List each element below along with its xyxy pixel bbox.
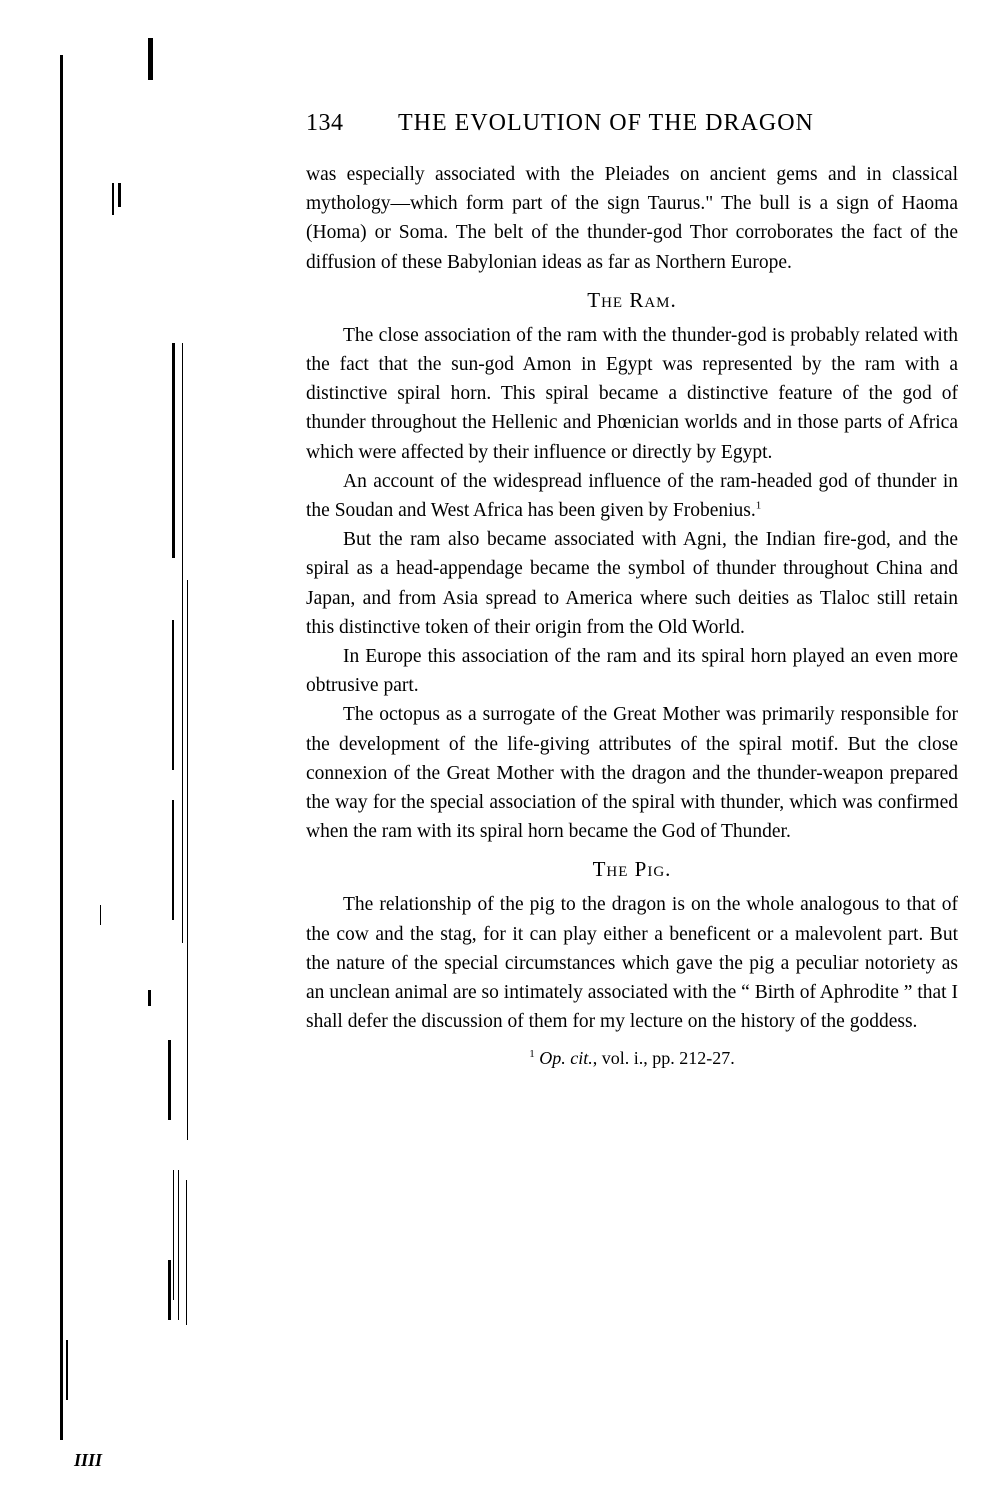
paragraph: In Europe this association of the ram an…: [306, 642, 958, 700]
scan-margin-line: [178, 1170, 179, 1320]
paragraph: The octopus as a surrogate of the Great …: [306, 700, 958, 846]
scan-margin-line: [168, 1040, 171, 1120]
scan-margin-line: [118, 183, 121, 207]
scan-margin-line: [182, 343, 183, 943]
footnote-text: , vol. i., pp. 212-27.: [593, 1048, 735, 1068]
paragraph-with-footnote: An account of the widespread influence o…: [306, 467, 958, 525]
page-body: was especially associated with the Pleia…: [306, 160, 958, 1074]
scan-margin-line: [66, 1340, 68, 1400]
paragraph-text: An account of the widespread influence o…: [306, 471, 958, 521]
scan-margin-line: [60, 55, 63, 1440]
scan-margin-line: [173, 1170, 174, 1300]
scan-margin-line: [172, 343, 175, 558]
intro-paragraph: was especially associated with the Pleia…: [306, 160, 958, 277]
scanned-book-page: IIII 134 THE EVOLUTION OF THE DRAGON was…: [0, 0, 990, 1492]
footnote-citation: Op. cit.: [539, 1048, 593, 1068]
footnote-marker: 1: [529, 1048, 535, 1060]
scan-margin-line: [168, 1260, 171, 1320]
footnote: 1 Op. cit., vol. i., pp. 212-27.: [306, 1044, 958, 1073]
scan-margin-line: [100, 905, 101, 925]
scan-margin-line: [187, 580, 188, 1140]
scan-margin-line: [148, 38, 153, 80]
scan-margin-line: [172, 800, 174, 920]
paragraph: The relationship of the pig to the drago…: [306, 890, 958, 1036]
running-title: THE EVOLUTION OF THE DRAGON: [398, 110, 814, 137]
scan-margin-line: [148, 990, 151, 1006]
section-heading-pig: The Pig.: [306, 854, 958, 884]
paragraph: But the ram also became associated with …: [306, 525, 958, 642]
scan-margin-line: [112, 183, 114, 215]
section-heading-ram: The Ram.: [306, 285, 958, 315]
footnote-reference: 1: [756, 500, 762, 512]
scan-margin-line: [172, 620, 174, 770]
running-header: 134 THE EVOLUTION OF THE DRAGON: [306, 110, 966, 144]
scan-margin-line: [186, 1180, 187, 1325]
scan-margin-mark: IIII: [74, 1450, 102, 1471]
paragraph: The close association of the ram with th…: [306, 321, 958, 467]
page-number: 134: [306, 110, 344, 137]
